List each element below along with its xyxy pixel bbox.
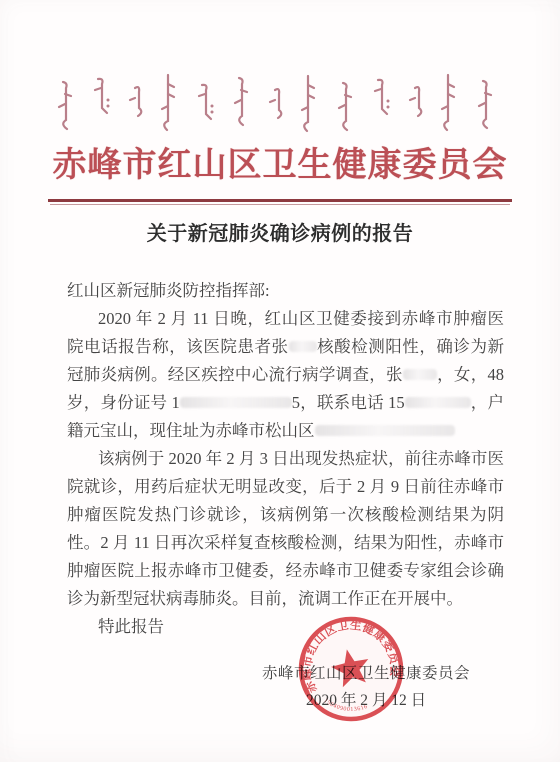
redacted-text xyxy=(180,397,292,408)
letterhead-org-name: 赤峰市红山区卫生健康委员会 xyxy=(0,137,560,186)
paragraph: 2020 年 2 月 11 日晚，红山区卫健委接到赤峰市肿瘤医院电话报告称，该医… xyxy=(67,305,504,445)
document-body: 红山区新冠肺炎防控指挥部: 2020 年 2 月 11 日晚，红山区卫健委接到赤… xyxy=(67,277,504,641)
paragraph: 该病例于 2020 年 2 月 3 日出现发热症状，前往赤峰市医院就诊，用药后症… xyxy=(67,445,504,613)
document-title: 关于新冠肺炎确诊病例的报告 xyxy=(0,217,560,246)
scanned-document-page: 赤峰市红山区卫生健康委员会 关于新冠肺炎确诊病例的报告 红山区新冠肺炎防控指挥部… xyxy=(0,0,560,762)
redacted-text xyxy=(289,341,317,352)
mongolian-script-band xyxy=(55,72,505,138)
redacted-text xyxy=(405,397,471,408)
body-paragraphs: 2020 年 2 月 11 日晚，红山区卫健委接到赤峰市肿瘤医院电话报告称，该医… xyxy=(67,305,504,641)
text-segment: 特此报告 xyxy=(98,617,164,636)
redacted-text xyxy=(403,369,437,380)
text-segment: 5，联系电话 15 xyxy=(292,393,405,412)
redacted-text xyxy=(315,425,455,436)
official-seal: 赤峰市红山区卫生健康委员会 1504090013616 xyxy=(268,586,434,752)
text-segment: 该病例于 2020 年 2 月 3 日出现发热症状，前往赤峰市医院就诊，用药后症… xyxy=(67,449,504,608)
letterhead-divider-line xyxy=(48,199,512,202)
addressee-line: 红山区新冠肺炎防控指挥部: xyxy=(67,277,504,305)
